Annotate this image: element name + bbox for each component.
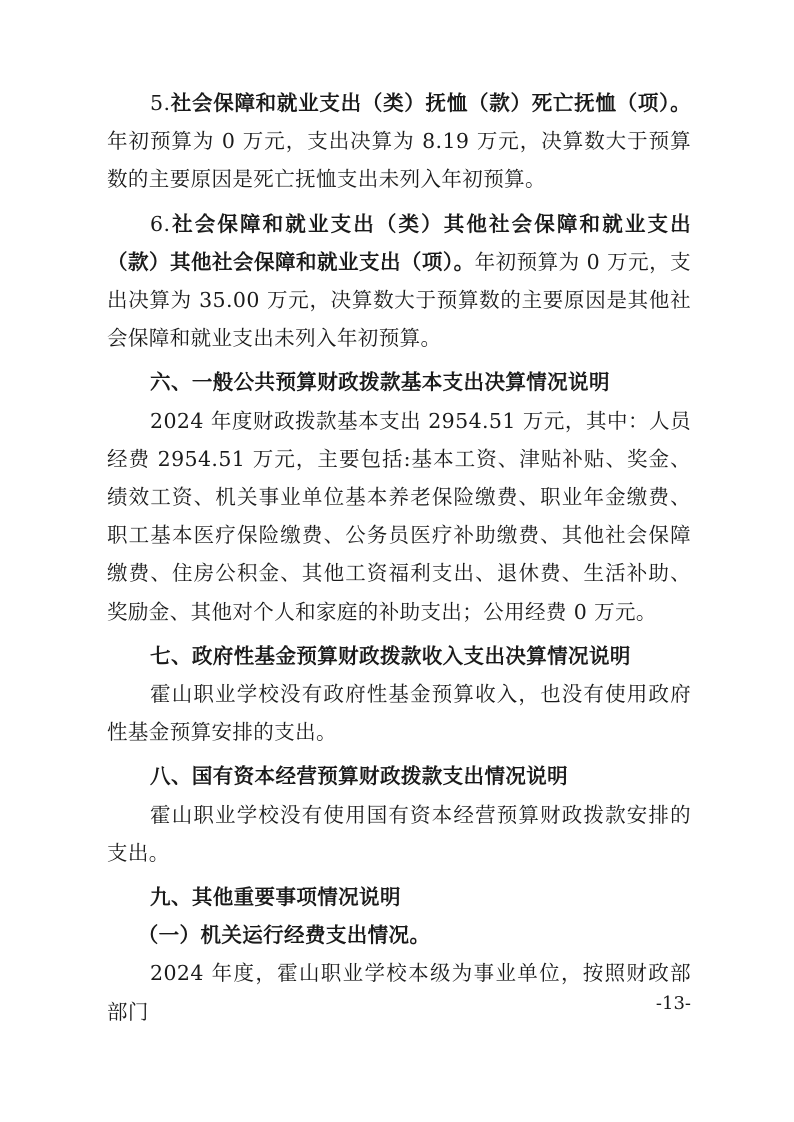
section-6-text: 2024 年度财政拨款基本支出 2954.51 万元，其中：人员经费 2954.… <box>107 402 691 631</box>
item-6-number: 6. <box>150 212 170 236</box>
page-number: -13- <box>656 993 691 1014</box>
item-5-paragraph: 5.社会保障和就业支出（类）抚恤（款）死亡抚恤（项）。年初预算为 0 万元，支出… <box>107 84 691 199</box>
section-6-heading: 六、一般公共预算财政拨款基本支出决算情况说明 <box>107 363 691 401</box>
section-8-text: 霍山职业学校没有使用国有资本经营预算财政拨款安排的支出。 <box>107 796 691 872</box>
document-page: 5.社会保障和就业支出（类）抚恤（款）死亡抚恤（项）。年初预算为 0 万元，支出… <box>107 84 691 1031</box>
item-5-number: 5. <box>150 91 170 115</box>
section-9-subheading: （一）机关运行经费支出情况。 <box>107 916 691 954</box>
section-9-text: 2024 年度，霍山职业学校本级为事业单位，按照财政部部门 <box>107 954 691 1030</box>
item-5-title: 社会保障和就业支出（类）抚恤（款）死亡抚恤（项）。 <box>170 91 691 115</box>
section-8-heading: 八、国有资本经营预算财政拨款支出情况说明 <box>107 757 691 795</box>
item-5-text: 年初预算为 0 万元，支出决算为 8.19 万元，决算数大于预算数的主要原因是死… <box>107 129 691 191</box>
section-9-heading: 九、其他重要事项情况说明 <box>107 878 691 916</box>
section-7-heading: 七、政府性基金预算财政拨款收入支出决算情况说明 <box>107 637 691 675</box>
section-7-text: 霍山职业学校没有政府性基金预算收入，也没有使用政府性基金预算安排的支出。 <box>107 675 691 751</box>
item-6-paragraph: 6.社会保障和就业支出（类）其他社会保障和就业支出（款）其他社会保障和就业支出（… <box>107 205 691 358</box>
